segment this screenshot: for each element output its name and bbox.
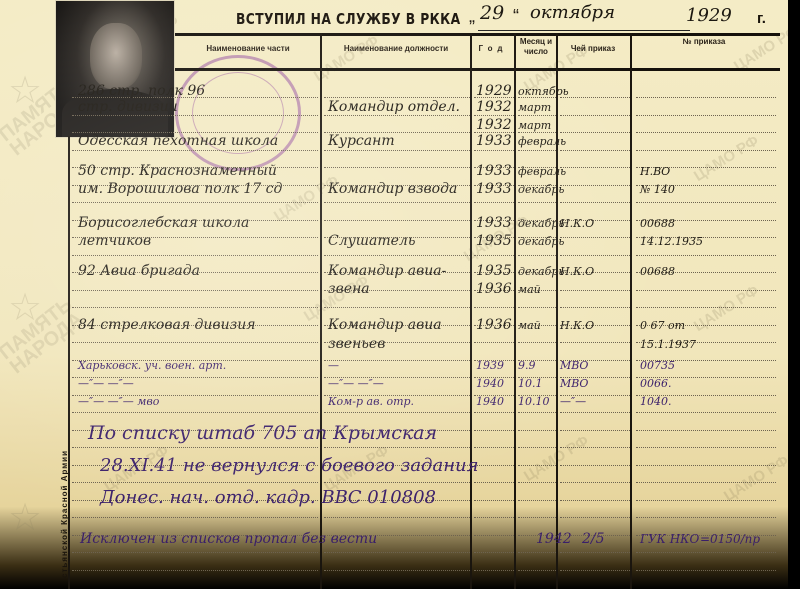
row-guide-line	[324, 447, 470, 448]
cell-position: звена	[328, 282, 370, 297]
row-guide-line	[324, 220, 470, 221]
header-top-rule	[175, 33, 780, 36]
row-guide-line	[474, 552, 514, 553]
row-guide-line	[72, 552, 318, 553]
row-guide-line	[324, 307, 470, 308]
row-guide-line	[560, 167, 630, 168]
final-entry-year: 1942	[536, 532, 572, 547]
row-guide-line	[474, 115, 514, 116]
row-guide-line	[324, 255, 470, 256]
row-guide-line	[560, 185, 630, 186]
row-guide-line	[518, 447, 556, 448]
row-guide-line	[72, 412, 318, 413]
row-guide-line	[560, 290, 630, 291]
row-guide-line	[518, 570, 556, 571]
cell-date: февраль	[518, 134, 566, 149]
col-header-unit: Наименование части	[178, 44, 318, 54]
cell-order-no: 00688	[640, 216, 675, 231]
cell-date: декабрь	[518, 216, 564, 231]
row-guide-line	[474, 570, 514, 571]
row-guide-line	[474, 202, 514, 203]
final-entry-order-by: ГУК НКО	[640, 532, 699, 547]
cell-unit: летчиков	[78, 234, 151, 249]
row-guide-line	[474, 465, 514, 466]
row-guide-line	[324, 517, 470, 518]
cell-order-no: № 140	[640, 182, 675, 197]
row-guide-line	[324, 115, 470, 116]
row-guide-line	[518, 500, 556, 501]
cell-unit: 50 стр. Краснознаменный	[78, 164, 277, 179]
row-guide-line	[636, 307, 776, 308]
row-guide-line	[560, 97, 630, 98]
row-guide-line	[72, 290, 318, 291]
cell-order-by: Н.К.О	[560, 264, 594, 279]
row-guide-line	[560, 237, 630, 238]
row-guide-line	[518, 202, 556, 203]
cell-year: 1939	[476, 358, 504, 373]
cell-order-by: Н.К.О	[560, 318, 594, 333]
cell-date: март	[518, 118, 551, 133]
cell-position: звеньев	[328, 337, 385, 352]
cell-unit: 92 Авиа бригада	[78, 264, 200, 279]
cell-unit: Харьковск. уч. воен. арт.	[78, 358, 226, 373]
row-guide-line	[474, 430, 514, 431]
row-guide-line	[474, 412, 514, 413]
note-line: По списку штаб 705 ап Крымская	[88, 426, 437, 441]
enlist-day: 29	[480, 2, 504, 24]
row-guide-line	[636, 132, 776, 133]
quote-open: „	[469, 6, 475, 27]
row-guide-line	[72, 570, 318, 571]
row-guide-line	[636, 552, 776, 553]
row-guide-line	[518, 342, 556, 343]
row-guide-line	[72, 447, 318, 448]
row-guide-line	[518, 255, 556, 256]
row-guide-line	[518, 307, 556, 308]
final-entry-order-no: =0150/пр	[700, 532, 760, 547]
row-guide-line	[560, 430, 630, 431]
row-guide-line	[636, 447, 776, 448]
final-entry-text: Исключен из списков пропал без вести	[80, 532, 377, 547]
row-guide-line	[560, 482, 630, 483]
row-guide-line	[474, 517, 514, 518]
row-guide-line	[474, 307, 514, 308]
cell-order-no: 15.1.1937	[640, 337, 696, 352]
cell-position: Командир авиа-	[328, 264, 446, 279]
row-guide-line	[72, 115, 318, 116]
cell-year: 1933	[476, 164, 512, 179]
official-stamp	[175, 55, 301, 171]
col-header-order-no: № приказа	[632, 37, 776, 47]
cell-date: 9.9	[518, 358, 536, 373]
cell-date: декабрь	[518, 264, 564, 279]
row-guide-line	[518, 430, 556, 431]
enlist-month: октября	[530, 2, 615, 23]
service-record-card: ☆ ☆ ☆ ПАМЯТЬНАРОДА ПАМЯТЬНАРОДА ЦАМО РФ …	[0, 0, 790, 589]
row-guide-line	[324, 570, 470, 571]
row-guide-line	[474, 255, 514, 256]
cell-order-by: МВО	[560, 358, 588, 373]
row-guide-line	[474, 535, 514, 536]
row-guide-line	[636, 465, 776, 466]
row-guide-line	[72, 307, 318, 308]
cell-position: Командир взвода	[328, 182, 457, 197]
enlist-year: 1929	[686, 5, 732, 26]
cell-year: 1929	[476, 84, 512, 99]
cell-unit: —″— —″— мво	[78, 394, 159, 409]
row-guide-line	[72, 342, 318, 343]
col-header-date: Месяц и число	[516, 37, 556, 57]
row-guide-line	[560, 150, 630, 151]
col-divider	[470, 33, 472, 589]
row-guide-line	[636, 412, 776, 413]
row-guide-line	[636, 115, 776, 116]
cell-year: 1936	[476, 318, 512, 333]
cell-year: 1935	[476, 264, 512, 279]
row-guide-line	[518, 552, 556, 553]
col-divider	[556, 33, 558, 589]
row-guide-line	[474, 447, 514, 448]
row-guide-line	[560, 115, 630, 116]
note-line: Донес. нач. отд. кадр. ВВС 010808	[100, 490, 436, 505]
row-guide-line	[518, 412, 556, 413]
row-guide-line	[560, 447, 630, 448]
cell-date: февраль	[518, 164, 566, 179]
cell-unit: —″— —″—	[78, 376, 134, 391]
archive-watermark: ЦАМО РФ	[691, 132, 762, 185]
archive-watermark: ЦАМО РФ	[271, 172, 342, 225]
cell-position: —″— —″—	[328, 376, 384, 391]
row-guide-line	[518, 115, 556, 116]
card-title: ВСТУПИЛ НА СЛУЖБУ В РККА	[236, 10, 461, 28]
cell-order-by: МВО	[560, 376, 588, 391]
row-guide-line	[324, 552, 470, 553]
card-edge-caption: стьянской Красной Армии	[60, 450, 69, 578]
cell-position: Командир авиа	[328, 318, 442, 333]
star-watermark-icon: ☆	[8, 495, 42, 540]
cell-unit: стр. дивизии	[78, 100, 178, 115]
row-guide-line	[72, 517, 318, 518]
row-guide-line	[636, 202, 776, 203]
archive-watermark: ЦАМО РФ	[721, 452, 790, 505]
row-guide-line	[636, 255, 776, 256]
cell-year: 1940	[476, 376, 504, 391]
row-guide-line	[324, 150, 470, 151]
cell-year: 1940	[476, 394, 504, 409]
row-guide-line	[636, 570, 776, 571]
cell-date: 10.10	[518, 394, 550, 409]
row-guide-line	[560, 255, 630, 256]
cell-year: 1933	[476, 182, 512, 197]
cell-year: 1933	[476, 216, 512, 231]
header-bottom-rule	[175, 68, 780, 71]
row-guide-line	[518, 482, 556, 483]
cell-order-no: 0 67 от	[640, 318, 685, 333]
cell-order-no: 00688	[640, 264, 675, 279]
row-guide-line	[518, 465, 556, 466]
row-guide-line	[560, 307, 630, 308]
row-guide-line	[560, 412, 630, 413]
row-guide-line	[636, 500, 776, 501]
cell-date: декабрь	[518, 182, 564, 197]
cell-date: декабрь	[518, 234, 564, 249]
row-guide-line	[324, 97, 470, 98]
note-line: 28.XI.41 не вернулся с боевого задания	[100, 458, 479, 473]
row-guide-line	[560, 552, 630, 553]
cell-unit: Борисоглебская школа	[78, 216, 249, 231]
row-guide-line	[72, 255, 318, 256]
row-guide-line	[636, 517, 776, 518]
col-divider	[514, 33, 516, 589]
row-guide-line	[560, 500, 630, 501]
final-entry-date: 2/5	[582, 532, 605, 547]
row-guide-line	[474, 500, 514, 501]
cell-year: 1933	[476, 134, 512, 149]
cell-date: октябрь	[518, 84, 569, 99]
cell-unit: 286 стр. полк 96	[78, 84, 205, 99]
row-guide-line	[518, 150, 556, 151]
row-guide-line	[636, 150, 776, 151]
row-guide-line	[560, 342, 630, 343]
row-guide-line	[636, 97, 776, 98]
row-guide-line	[474, 150, 514, 151]
row-guide-line	[72, 202, 318, 203]
row-guide-line	[324, 202, 470, 203]
col-divider	[630, 33, 632, 589]
col-header-order-by: Чей приказ	[558, 44, 628, 54]
cell-year: 1932	[476, 118, 512, 133]
row-guide-line	[72, 150, 318, 151]
cell-date: март	[518, 100, 551, 115]
row-guide-line	[636, 290, 776, 291]
cell-date: 10.1	[518, 376, 543, 391]
cell-date: май	[518, 282, 541, 297]
year-suffix: г.	[757, 10, 766, 27]
cell-position: Курсант	[328, 134, 395, 149]
row-guide-line	[560, 465, 630, 466]
col-header-position: Наименование должности	[322, 44, 470, 54]
row-guide-line	[72, 482, 318, 483]
portrait-photo	[55, 0, 175, 138]
row-guide-line	[560, 202, 630, 203]
cell-order-by: —″—	[560, 394, 586, 409]
cell-position: Командир отдел.	[328, 100, 460, 115]
row-guide-line	[560, 570, 630, 571]
cell-date: май	[518, 318, 541, 333]
row-guide-line	[560, 132, 630, 133]
row-guide-line	[474, 482, 514, 483]
cell-order-no: 0066.	[640, 376, 672, 391]
cell-unit: им. Ворошилова полк 17 сд	[78, 182, 282, 197]
cell-position: —	[328, 358, 339, 373]
row-guide-line	[636, 430, 776, 431]
scan-edge	[788, 0, 800, 589]
cell-unit: 84 стрелковая дивизия	[78, 318, 256, 333]
cell-year: 1936	[476, 282, 512, 297]
cell-position: Слушатель	[328, 234, 415, 249]
quote-close: “	[513, 6, 519, 27]
col-header-year: Год	[472, 44, 514, 54]
cell-order-by: Н.К.О	[560, 216, 594, 231]
row-guide-line	[518, 517, 556, 518]
cell-order-no: 00735	[640, 358, 675, 373]
cell-year: 1935	[476, 234, 512, 249]
row-guide-line	[560, 517, 630, 518]
cell-order-no: 1040.	[640, 394, 672, 409]
cell-order-no: 14.12.1935	[640, 234, 703, 249]
row-guide-line	[324, 167, 470, 168]
row-guide-line	[474, 342, 514, 343]
cell-order-no: Н.ВО	[640, 164, 670, 179]
cell-unit: Одесская пехотная школа	[78, 134, 278, 149]
row-guide-line	[636, 482, 776, 483]
row-guide-line	[324, 482, 470, 483]
cell-position: Ком-р ав. отр.	[328, 394, 414, 409]
date-underline	[478, 30, 690, 31]
row-guide-line	[324, 412, 470, 413]
cell-year: 1932	[476, 100, 512, 115]
row-guide-line	[324, 360, 470, 361]
